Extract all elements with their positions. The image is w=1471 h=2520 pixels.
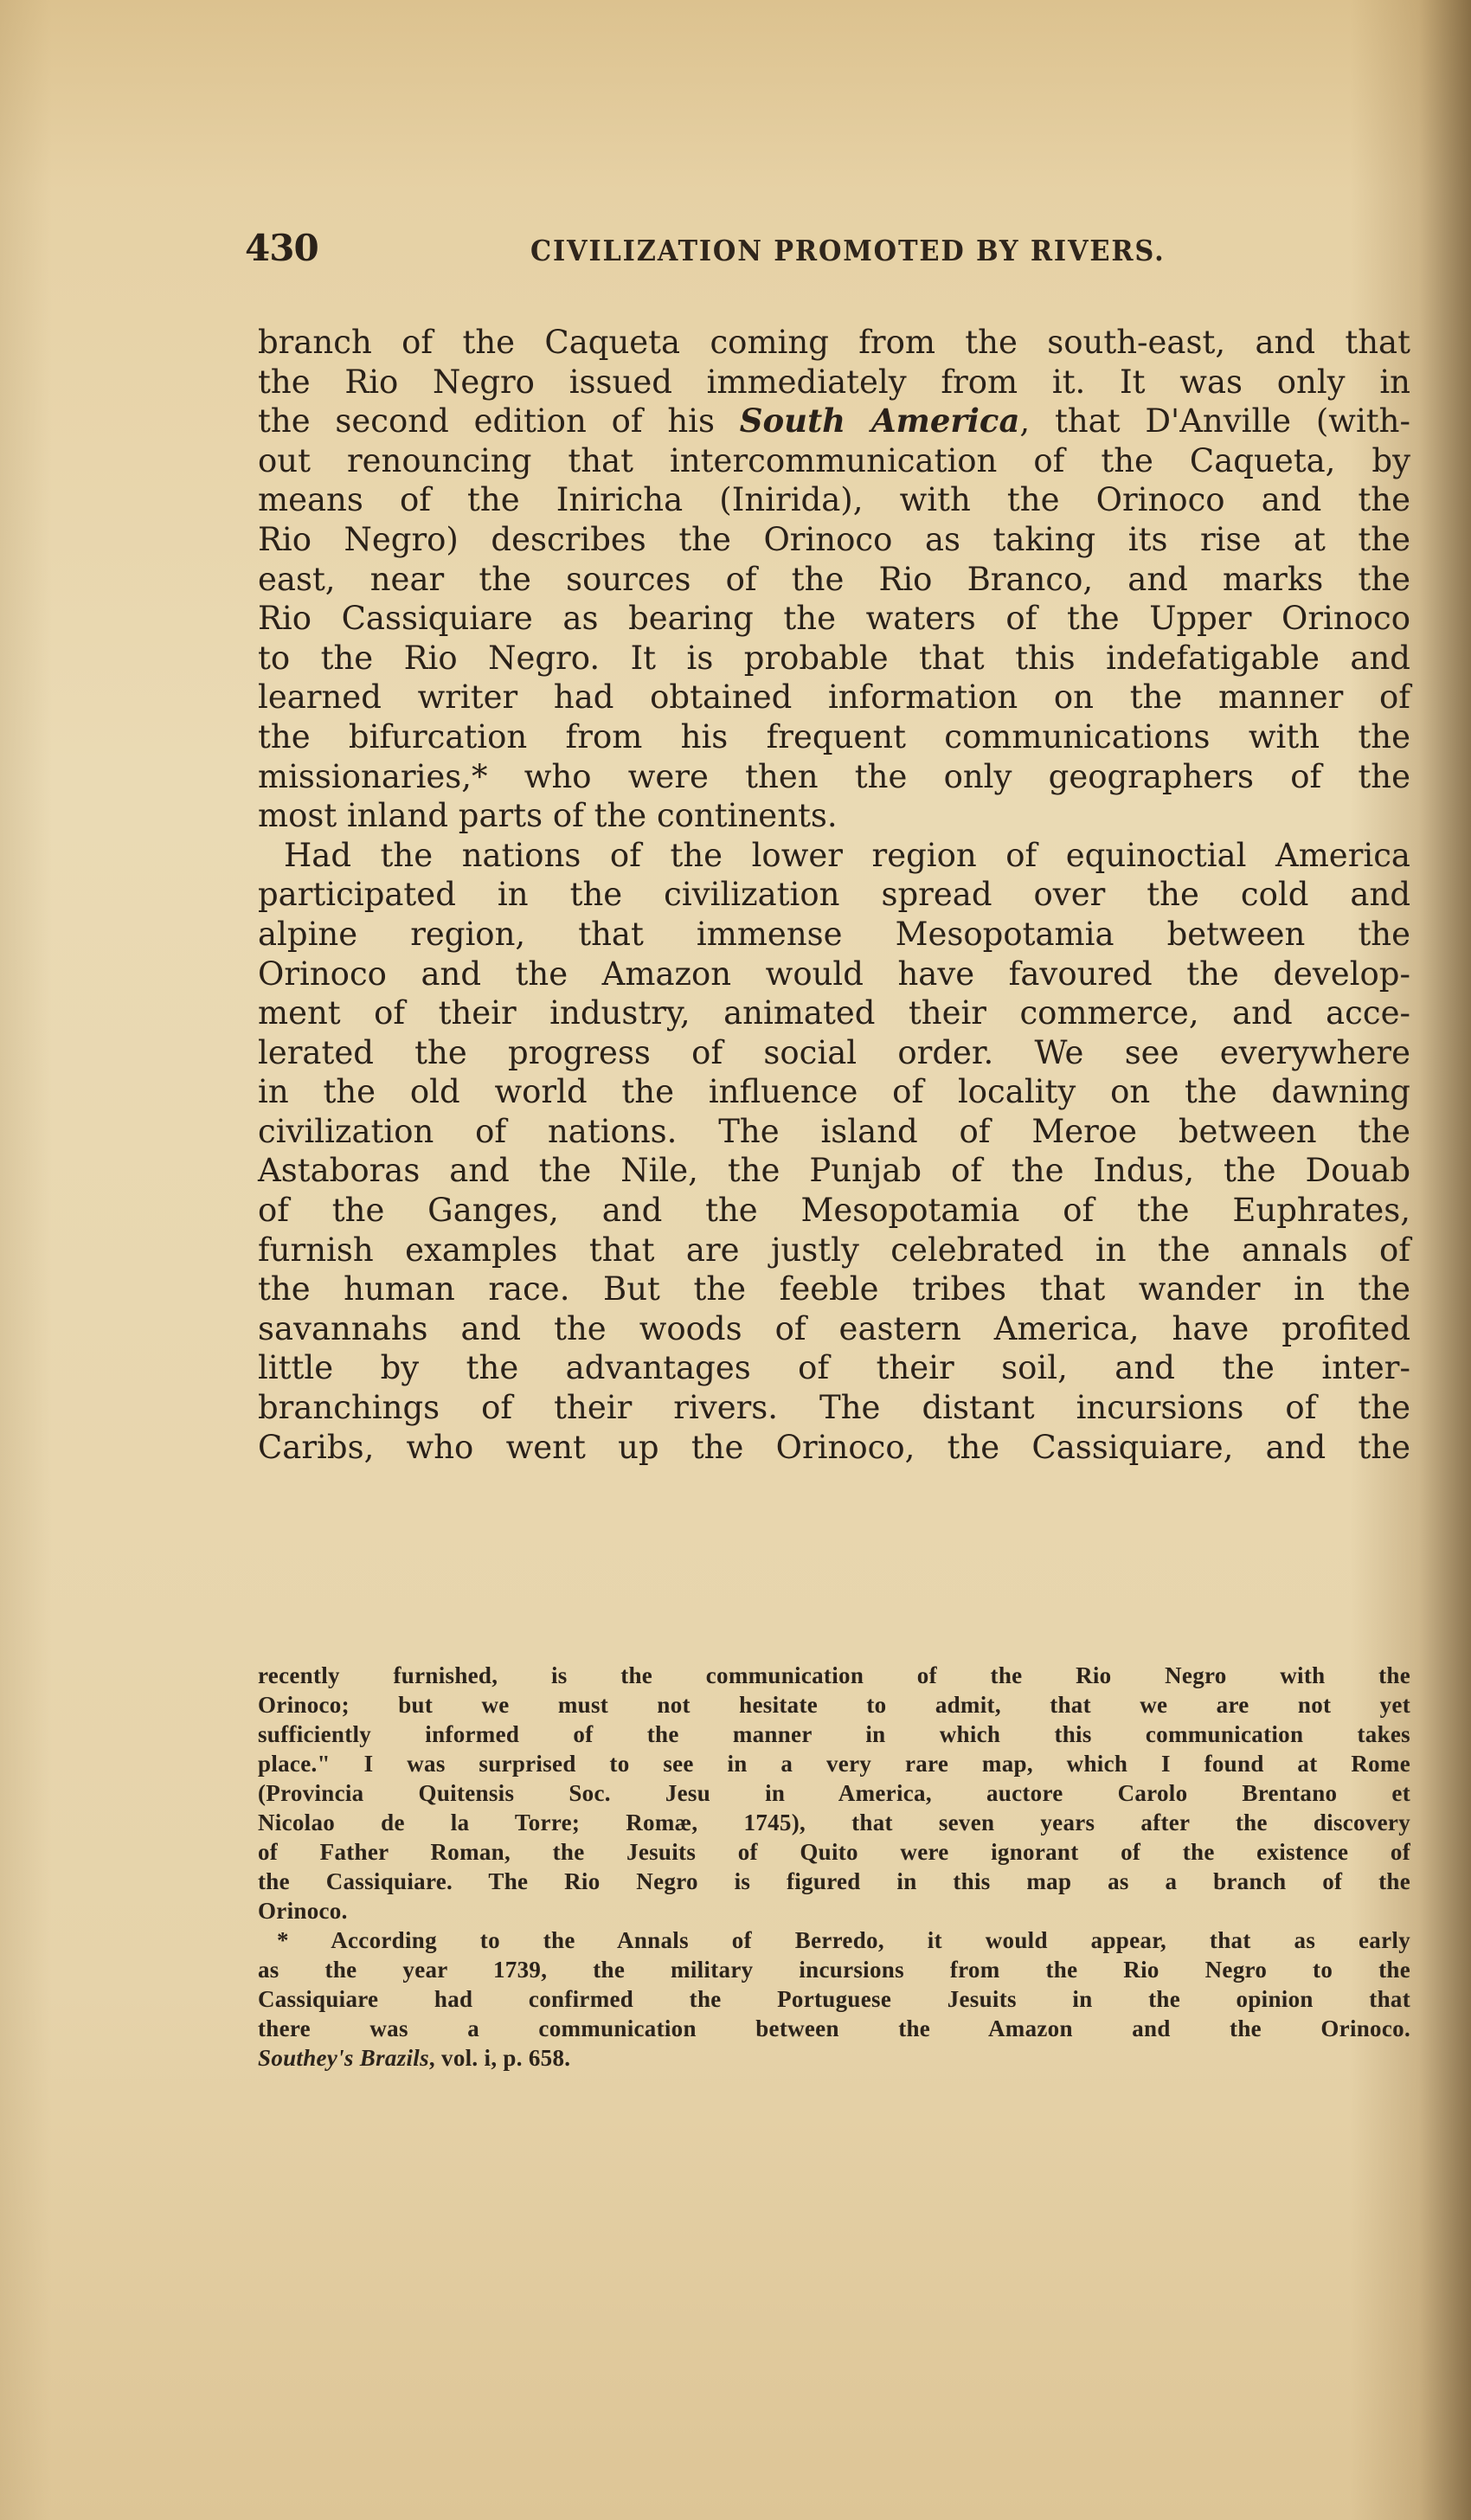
text-line: savannahs and the woods of eastern Ameri… xyxy=(258,1309,1410,1349)
footnote-line: recently furnished, is the communication… xyxy=(258,1661,1410,1690)
text-line: lerated the progress of social order. We… xyxy=(258,1033,1410,1073)
footnote-start-line: * According to the Annals of Berredo, it… xyxy=(258,1925,1410,1955)
text-fragment: the second edition of his xyxy=(258,402,740,440)
text-line: means of the Iniricha (Inirida), with th… xyxy=(258,480,1410,520)
footnote-line: the Cassiquiare. The Rio Negro is figure… xyxy=(258,1867,1410,1896)
text-line: ment of their industry, animated their c… xyxy=(258,993,1410,1033)
running-head: 430 CIVILIZATION PROMOTED BY RIVERS. xyxy=(245,227,1409,270)
text-line: civilization of nations. The island of M… xyxy=(258,1112,1410,1152)
text-line: east, near the sources of the Rio Branco… xyxy=(258,560,1410,600)
footnote-line: there was a communication between the Am… xyxy=(258,2014,1410,2043)
citation-title-italic: Southey's Brazils xyxy=(258,2045,429,2071)
text-line: branch of the Caqueta coming from the so… xyxy=(258,323,1410,363)
text-line: the Rio Negro issued immediately from it… xyxy=(258,363,1410,402)
footnote-citation-line: Southey's Brazils, vol. i, p. 658. xyxy=(258,2043,1410,2073)
text-line: participated in the civilization spread … xyxy=(258,875,1410,915)
footnote-line: as the year 1739, the military incursion… xyxy=(258,1955,1410,1984)
text-line: Rio Cassiquiare as bearing the waters of… xyxy=(258,599,1410,639)
text-line: missionaries,* who were then the only ge… xyxy=(258,757,1410,797)
text-line: Rio Negro) describes the Orinoco as taki… xyxy=(258,520,1410,560)
text-line: Orinoco and the Amazon would have favour… xyxy=(258,955,1410,994)
footnote-line: of Father Roman, the Jesuits of Quito we… xyxy=(258,1837,1410,1867)
text-line: Caribs, who went up the Orinoco, the Cas… xyxy=(258,1428,1410,1468)
text-line: branchings of their rivers. The distant … xyxy=(258,1388,1410,1428)
page-number: 430 xyxy=(245,227,318,269)
text-line: to the Rio Negro. It is probable that th… xyxy=(258,639,1410,678)
text-line: little by the advantages of their soil, … xyxy=(258,1348,1410,1388)
text-line: the bifurcation from his frequent commun… xyxy=(258,717,1410,757)
footnote-line: (Provincia Quitensis Soc. Jesu in Americ… xyxy=(258,1778,1410,1808)
text-line: out renouncing that intercommunication o… xyxy=(258,441,1410,481)
book-page: 430 CIVILIZATION PROMOTED BY RIVERS. bra… xyxy=(0,0,1471,2520)
book-title-italic: South America xyxy=(740,402,1020,440)
footnote-line: Nicolao de la Torre; Romæ, 1745), that s… xyxy=(258,1808,1410,1837)
footnote-line: Cassiquiare had confirmed the Portuguese… xyxy=(258,1984,1410,2014)
text-line: alpine region, that immense Mesopotamia … xyxy=(258,915,1410,955)
text-line: furnish examples that are justly celebra… xyxy=(258,1231,1410,1270)
text-line: in the old world the influence of locali… xyxy=(258,1072,1410,1112)
text-line: most inland parts of the continents. xyxy=(258,796,1410,836)
text-line: the human race. But the feeble tribes th… xyxy=(258,1270,1410,1309)
text-line: learned writer had obtained information … xyxy=(258,678,1410,717)
footnote-line: sufficiently informed of the manner in w… xyxy=(258,1720,1410,1749)
text-line: Astaboras and the Nile, the Punjab of th… xyxy=(258,1151,1410,1191)
body-text: branch of the Caqueta coming from the so… xyxy=(258,323,1410,1467)
footnote-line: Orinoco. xyxy=(258,1896,1410,1925)
text-line: of the Ganges, and the Mesopotamia of th… xyxy=(258,1191,1410,1231)
footnotes: recently furnished, is the communication… xyxy=(258,1661,1410,2073)
citation-detail: , vol. i, p. 658. xyxy=(429,2045,570,2071)
text-line: the second edition of his South America,… xyxy=(258,402,1410,441)
footnote-line: Orinoco; but we must not hesitate to adm… xyxy=(258,1690,1410,1720)
running-title: CIVILIZATION PROMOTED BY RIVERS. xyxy=(530,234,1166,267)
footnote-line: place." I was surprised to see in a very… xyxy=(258,1749,1410,1778)
paragraph-start-line: Had the nations of the lower region of e… xyxy=(258,836,1410,876)
text-fragment: , that D'Anville (with- xyxy=(1019,402,1410,440)
